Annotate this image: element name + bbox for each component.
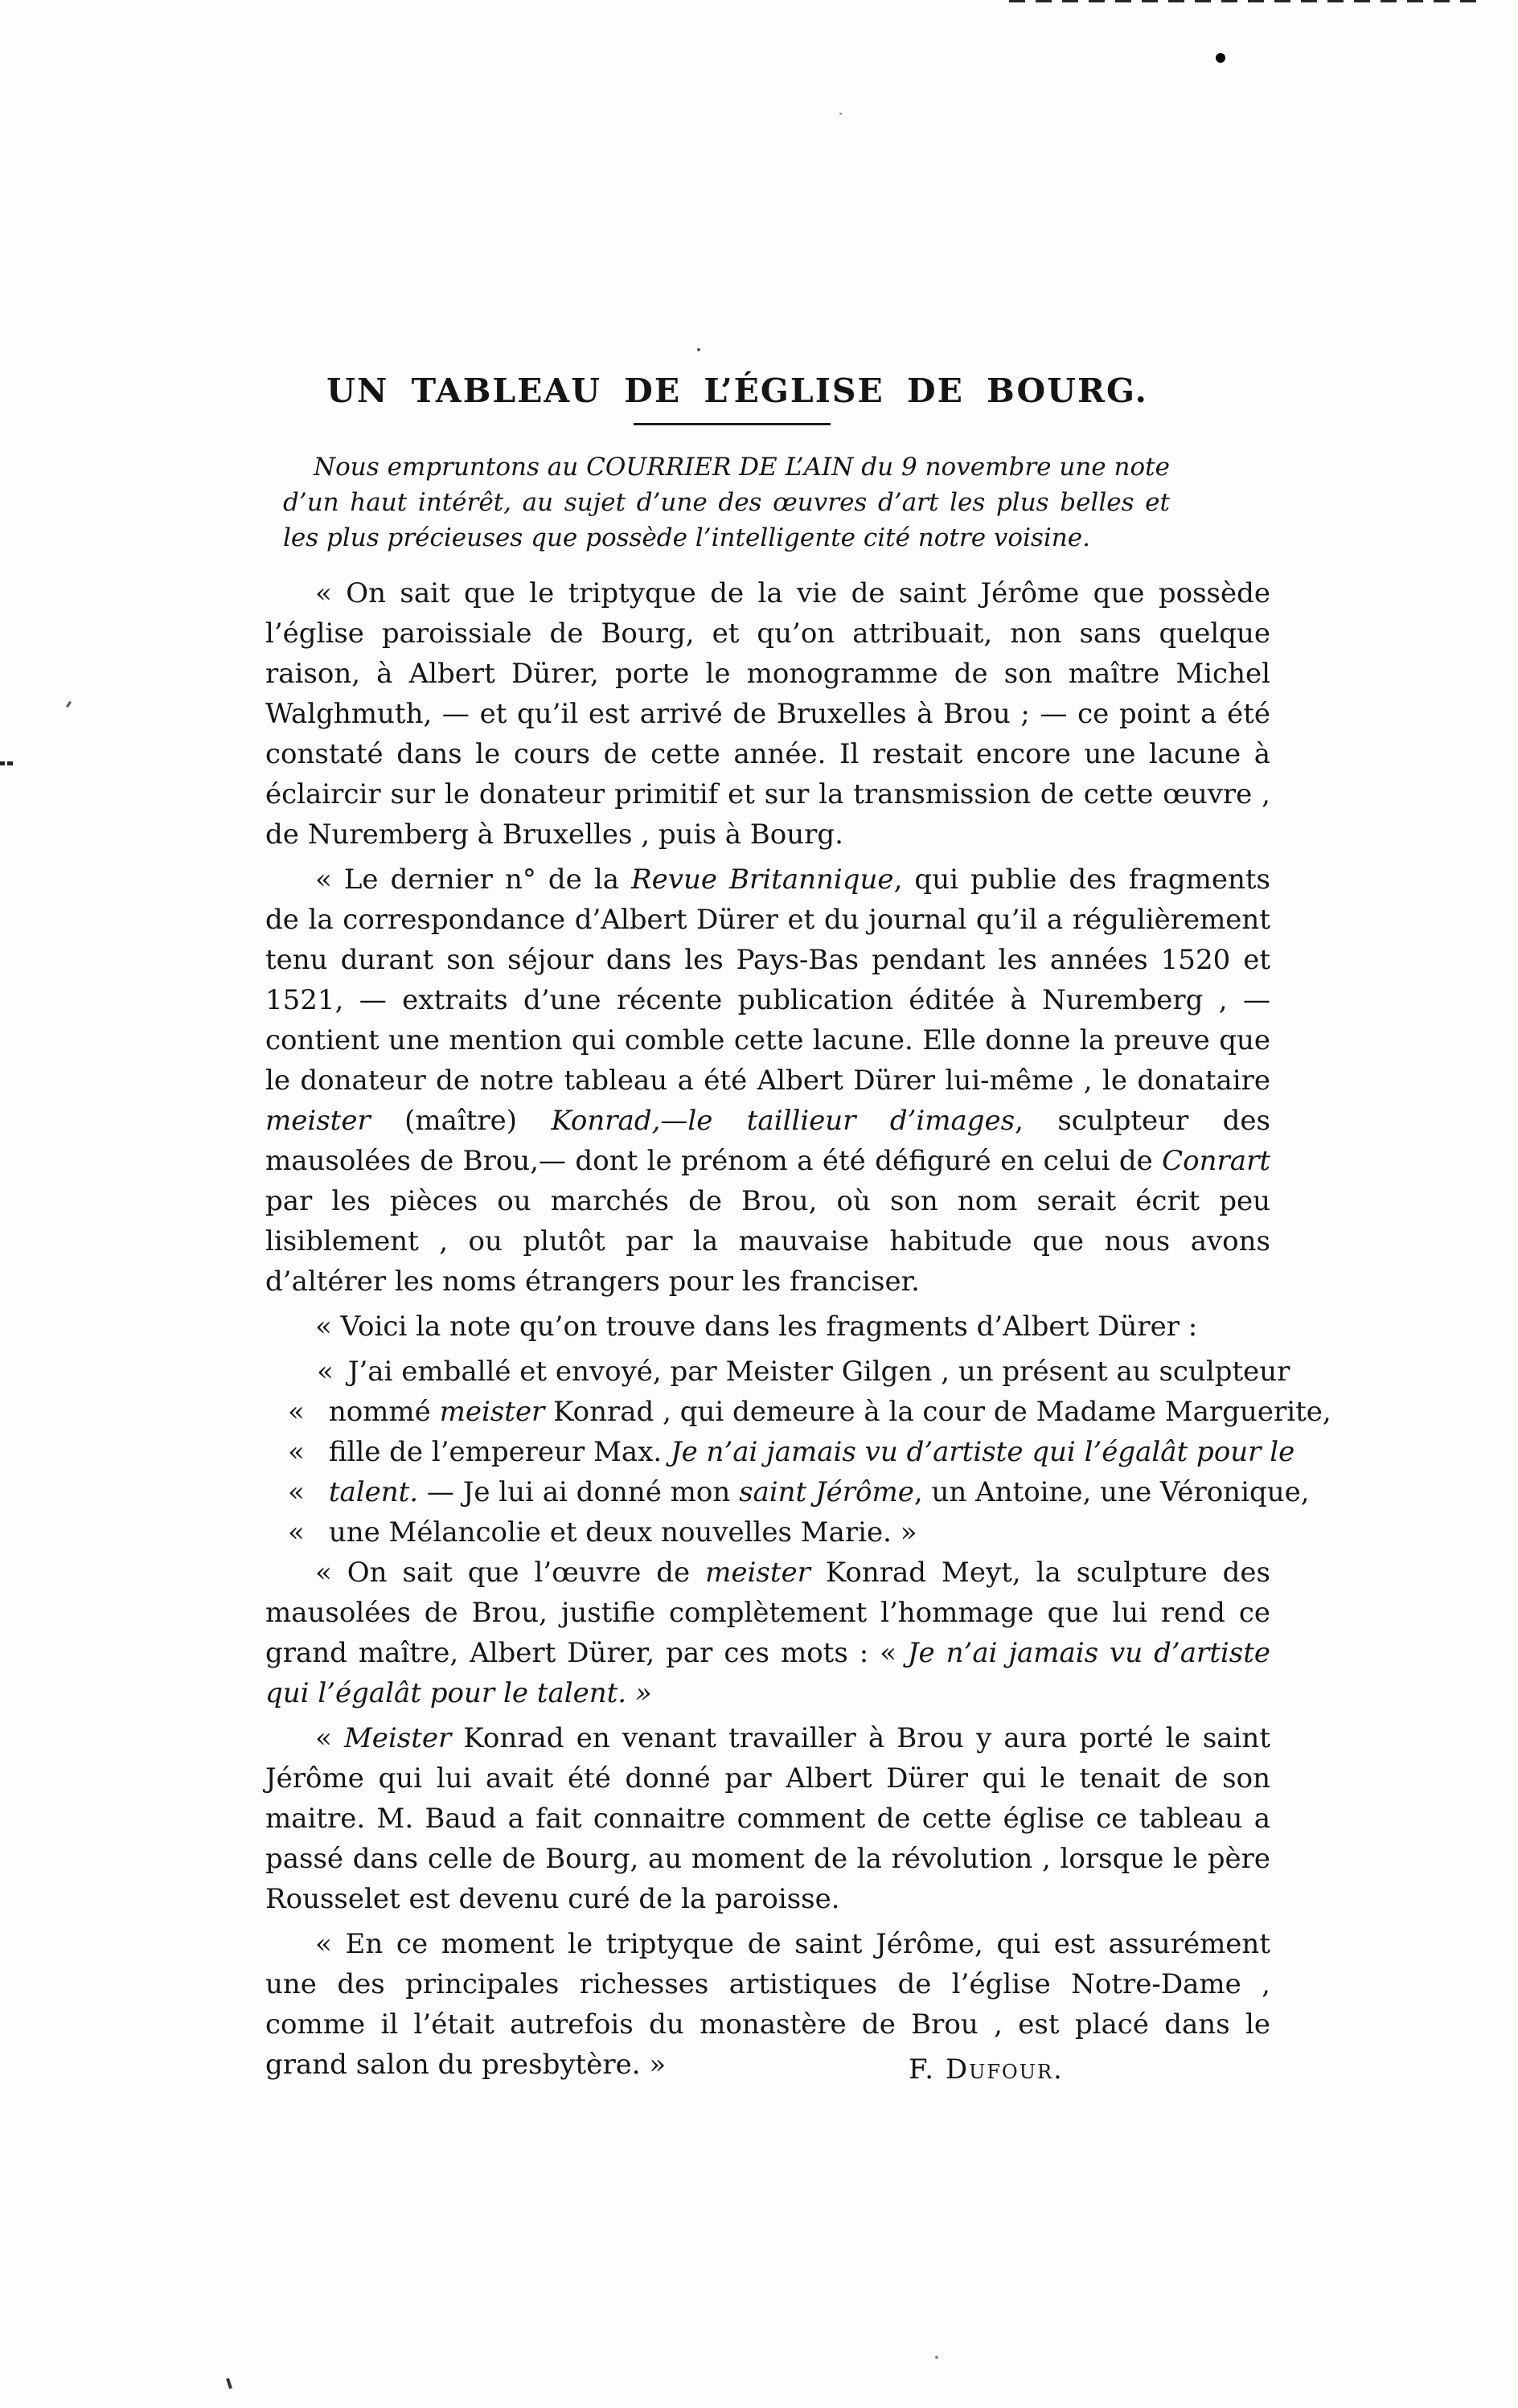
guillemet-mark: « bbox=[317, 1352, 334, 1392]
guillemet-mark: « bbox=[288, 1392, 305, 1432]
guillemet-mark: « bbox=[288, 1432, 305, 1472]
editorial-intro-note: Nous empruntons au COURRIER DE L’AIN du … bbox=[283, 449, 1170, 556]
scan-artifact-speck bbox=[226, 2378, 232, 2390]
letter-quote-text: une Mélancolie et deux nouvelles Marie. … bbox=[329, 1516, 917, 1549]
text-column: UN TABLEAU DE L’ÉGLISE DE BOURG. Nous em… bbox=[265, 371, 1270, 2090]
letter-quote-line: «nommé meister Konrad , qui demeure à la… bbox=[265, 1392, 1270, 1432]
scan-artifact-margin-dash bbox=[0, 761, 13, 765]
scan-artifact-dot bbox=[697, 348, 700, 351]
paragraph-revue-britannique: « Le dernier n° de la Revue Britannique,… bbox=[265, 859, 1270, 1302]
paragraph-meister-konrad-brou: « Meister Konrad en venant travailler à … bbox=[265, 1718, 1270, 1919]
scan-artifact-speck bbox=[839, 113, 842, 115]
letter-quote-line: «J’ai emballé et envoyé, par Meister Gil… bbox=[265, 1352, 1270, 1392]
letter-quote-line: «une Mélancolie et deux nouvelles Marie.… bbox=[265, 1512, 1270, 1553]
letter-quote-text: J’ai emballé et envoyé, par Meister Gilg… bbox=[348, 1356, 1290, 1388]
author-signature: F. Dufour. bbox=[909, 2053, 1064, 2086]
paragraph-triptyque: « On sait que le triptyque de la vie de … bbox=[265, 573, 1270, 855]
letter-quote-text: nommé meister Konrad , qui demeure à la … bbox=[329, 1396, 1331, 1428]
title-divider-rule bbox=[634, 423, 831, 425]
letter-quote-text: talent. — Je lui ai donné mon saint Jérô… bbox=[329, 1476, 1310, 1508]
paragraph-voici-la-note: « Voici la note qu’on trouve dans les fr… bbox=[265, 1307, 1270, 1347]
letter-quote-block: «J’ai emballé et envoyé, par Meister Gil… bbox=[265, 1352, 1270, 1553]
scan-artifact-ink-dot bbox=[1216, 53, 1225, 63]
document-page: UN TABLEAU DE L’ÉGLISE DE BOURG. Nous em… bbox=[0, 0, 1518, 2408]
scan-artifact-top-dashes bbox=[1009, 0, 1479, 2]
letter-quote-line: «talent. — Je lui ai donné mon saint Jér… bbox=[265, 1472, 1270, 1512]
scan-artifact-speck bbox=[935, 2356, 938, 2359]
scan-artifact-speck bbox=[66, 701, 72, 708]
paragraph-konrad-meyt: « On sait que l’œuvre de meister Konrad … bbox=[265, 1553, 1270, 1713]
page-title: UN TABLEAU DE L’ÉGLISE DE BOURG. bbox=[235, 371, 1240, 410]
letter-quote-line: «fille de l’empereur Max. Je n’ai jamais… bbox=[265, 1432, 1270, 1472]
guillemet-mark: « bbox=[288, 1512, 305, 1553]
guillemet-mark: « bbox=[288, 1472, 305, 1512]
letter-quote-text: fille de l’empereur Max. Je n’ai jamais … bbox=[329, 1436, 1294, 1468]
